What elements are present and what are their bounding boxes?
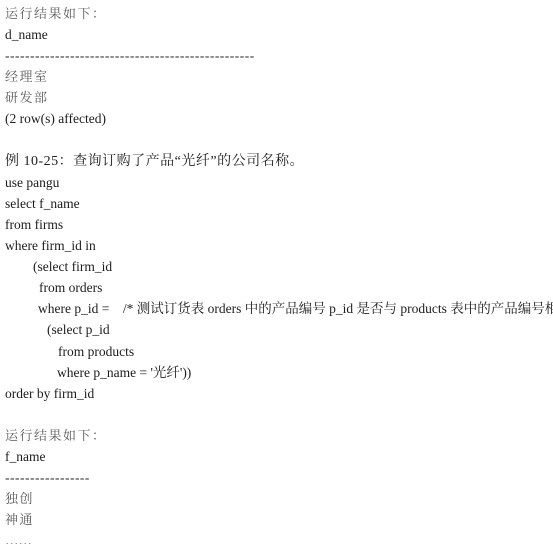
result1-label: 运行结果如下： [0, 3, 553, 24]
result2-row: 神通 [0, 509, 553, 530]
blank-line [0, 404, 553, 425]
sql-line: use pangu [0, 172, 553, 193]
sql-line: (select firm_id [0, 256, 553, 277]
sql-line: from products [0, 341, 553, 362]
result1-row: 研发部 [0, 87, 553, 108]
document-page: 运行结果如下： d_name -------------------------… [0, 0, 553, 544]
sql-line: order by firm_id [0, 383, 553, 404]
result2-ellipsis: …… [0, 530, 553, 544]
result1-status: (2 row(s) affected) [0, 108, 553, 129]
sql-line: where p_name = '光纤')) [0, 362, 553, 383]
result2-divider: ----------------- [0, 467, 553, 488]
result1-divider: ----------------------------------------… [0, 45, 553, 66]
bullet-heading: ●使用比较运算符连接子查询 [0, 130, 553, 151]
example-title: 例 10-25：查询订购了产品“光纤”的公司名称。 [0, 151, 553, 172]
result2-label: 运行结果如下： [0, 425, 553, 446]
result2-column-header: f_name [0, 446, 553, 467]
sql-code-block: use panguselect f_namefrom firmswhere fi… [0, 172, 553, 404]
result1-row: 经理室 [0, 66, 553, 87]
result1-column-header: d_name [0, 24, 553, 45]
sql-line: (select p_id [0, 319, 553, 340]
sql-line: from firms [0, 214, 553, 235]
sql-line: where firm_id in [0, 235, 553, 256]
result2-row: 独创 [0, 488, 553, 509]
sql-line: select f_name [0, 193, 553, 214]
sql-line: from orders [0, 277, 553, 298]
sql-line: where p_id = /* 测试订货表 orders 中的产品编号 p_id… [0, 298, 553, 319]
